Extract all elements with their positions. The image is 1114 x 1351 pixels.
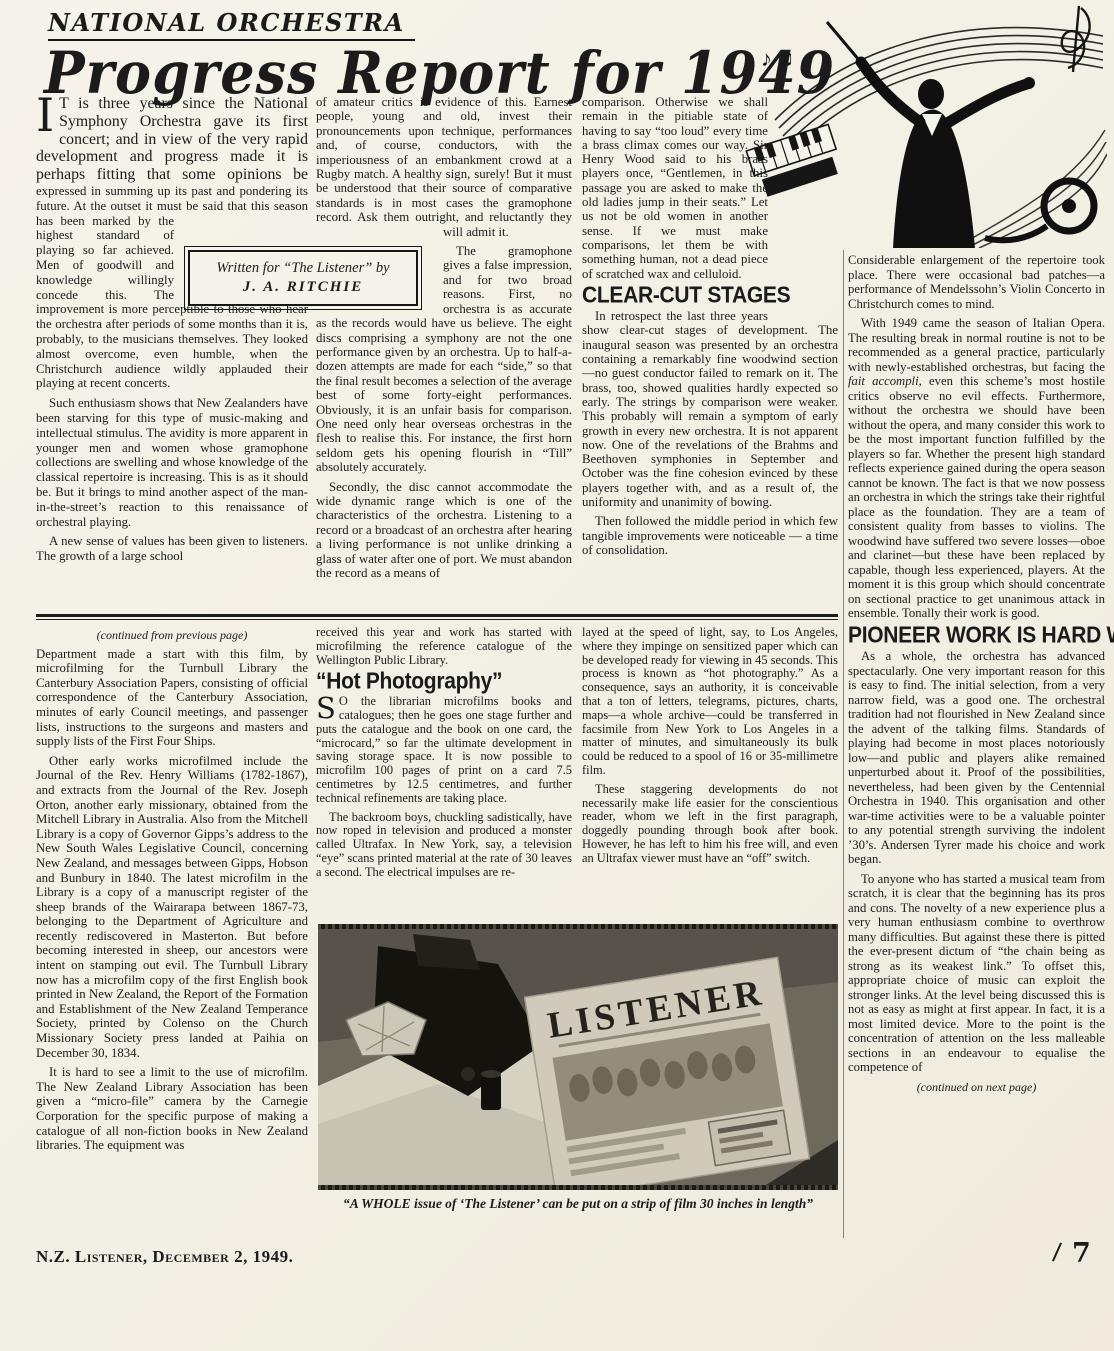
paragraph-text: T is three years since the National Symp… [36, 95, 308, 183]
paragraph-text: With 1949 came the season of Italian Ope… [848, 316, 1105, 374]
paragraph: In retrospect the last three years show … [582, 309, 838, 509]
page-number-tick [1052, 1242, 1062, 1261]
issue-dateline: N.Z. Listener, December 2, 1949. [36, 1247, 293, 1267]
page-number: 7 [1072, 1238, 1091, 1269]
paragraph: Other early works microfilmed include th… [36, 754, 308, 1060]
subheading-hot-photography: “Hot Photography” [316, 675, 572, 690]
microfilm-column-1: (continued from previous page) Departmen… [36, 626, 308, 1158]
paragraph: of amateur critics is evidence of this. … [316, 95, 572, 239]
paragraph-text: O the librarian microfilms books and cat… [316, 694, 572, 805]
horn-icon [985, 181, 1094, 240]
listener-magazine: LISTENER [525, 957, 810, 1190]
conductor-silhouette [827, 22, 1035, 248]
photo-caption: “A WHOLE issue of ‘The Listener’ can be … [318, 1196, 838, 1212]
column-divider [843, 250, 844, 1238]
continued-from-previous-note: (continued from previous page) [36, 628, 308, 643]
paragraph: received this year and work has started … [316, 626, 572, 667]
paragraph: With 1949 came the season of Italian Ope… [848, 316, 1105, 621]
paragraph: Such enthusiasm shows that New Zealander… [36, 396, 308, 529]
paragraph: Then followed the middle period in which… [582, 514, 838, 557]
horizontal-divider [36, 614, 838, 620]
subheading-pioneer-work: PIONEER WORK IS HARD WORK [848, 628, 1105, 644]
paragraph: A new sense of values has been given to … [36, 534, 308, 564]
music-notes-icon: ♪ ♫ [761, 46, 794, 71]
article-column-2: of amateur critics is evidence of this. … [316, 95, 572, 585]
paragraph: These staggering developments do not nec… [582, 783, 838, 866]
paragraph-text: comparison. Otherwise we shall remain in… [582, 95, 768, 281]
article-column-4: Considerable enlargement of the repertoi… [848, 253, 1105, 1098]
microfilm-photo: LISTENER [318, 924, 838, 1190]
paragraph: Secondly, the disc cannot accommodate th… [316, 480, 572, 581]
paragraph: The backroom boys, chuckling sadisticall… [316, 811, 572, 880]
paragraph-text: even this scheme’s most hostile critics … [848, 374, 1105, 620]
microfilm-column-2: received this year and work has started … [316, 626, 572, 885]
paragraph: layed at the speed of light, say, to Los… [582, 626, 838, 778]
paragraph: To anyone who has started a musical team… [848, 872, 1105, 1075]
paragraph: IT is three years since the National Sym… [36, 95, 308, 391]
newspaper-page: NATIONAL ORCHESTRA Progress Report for 1… [0, 0, 1114, 1351]
wrap-spacer [180, 214, 308, 298]
paragraph: SO the librarian microfilms books and ca… [316, 695, 572, 805]
paragraph-text: of amateur critics is evidence of this. … [316, 95, 572, 224]
paragraph: comparison. Otherwise we shall remain in… [582, 95, 838, 281]
subheading-clear-cut-stages: CLEAR-CUT STAGES [582, 288, 838, 304]
article-column-3: comparison. Otherwise we shall remain in… [582, 95, 838, 562]
article-column-1: IT is three years since the National Sym… [36, 95, 308, 569]
dropcap-initial: I [36, 95, 59, 133]
paragraph: Department made a start with this film, … [36, 647, 308, 749]
paragraph: Considerable enlargement of the repertoi… [848, 253, 1105, 311]
continued-next-page-note: (continued on next page) [848, 1080, 1105, 1095]
microfilm-column-3: layed at the speed of light, say, to Los… [582, 626, 838, 871]
italic-phrase: fait accompli, [848, 374, 922, 388]
paragraph: As a whole, the orchestra has advanced s… [848, 649, 1105, 867]
wrap-spacer [316, 225, 436, 313]
film-spool [481, 1070, 501, 1110]
section-kicker: NATIONAL ORCHESTRA [48, 8, 415, 41]
paragraph: It is hard to see a limit to the use of … [36, 1065, 308, 1153]
dropcap-initial: S [316, 695, 339, 720]
